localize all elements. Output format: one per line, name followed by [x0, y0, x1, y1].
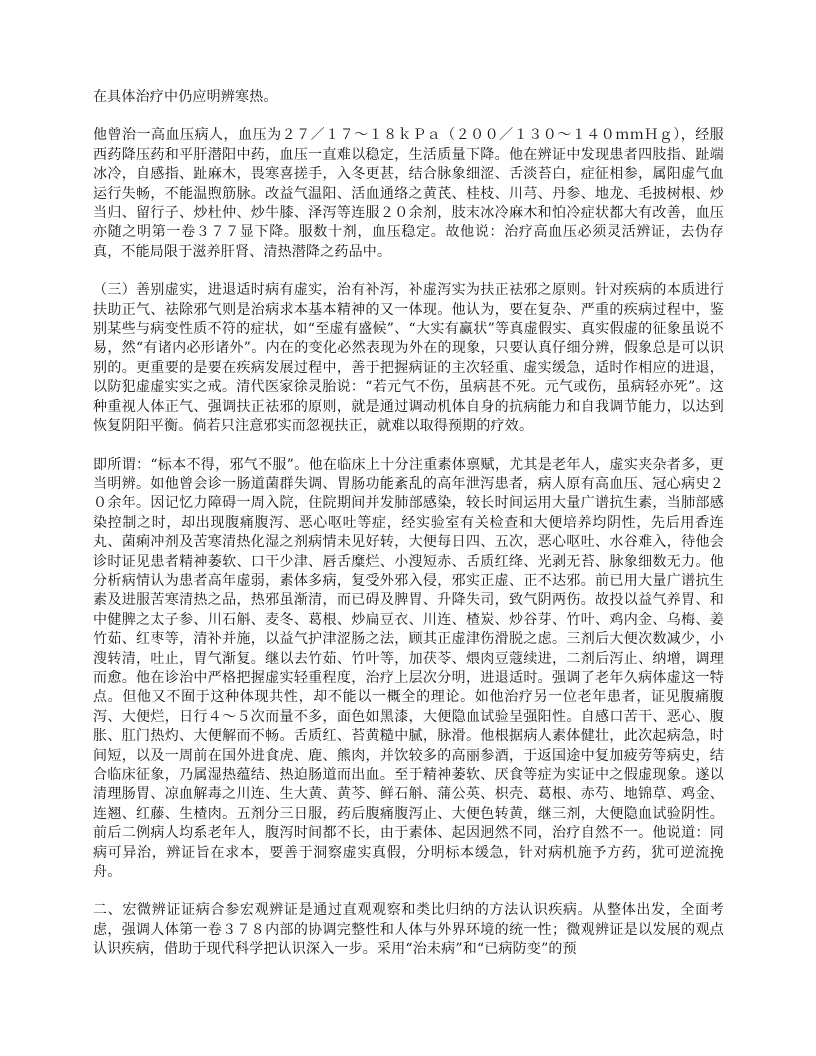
paragraph-section-three-deficiency-excess: （三）善别虚实，进退适时病有虚实，治有补泻，补虚泻实为扶正祛邪之原则。针对疾病的… [93, 281, 724, 436]
paragraph-cold-heat-conclusion: 在具体治疗中仍应明辨寒热。 [93, 88, 724, 107]
paragraph-section-two-macro-micro-differentiation: 二、宏微辨证证病合参宏观辨证是通过直观观察和类比归纳的方法认识疾病。从整体出发，… [93, 901, 724, 959]
paragraph-hypertension-case: 他曾治一高血压病人，血压为２７／１７～１８ｋＰａ（２００／１３０～１４０ｍｍＨｇ… [93, 126, 724, 262]
paragraph-elderly-diarrhea-cases: 即所谓：“标本不得，邪气不服”。他在临床上十分注重素体禀赋，尤其是老年人，虚实夹… [93, 456, 724, 883]
document-page: 在具体治疗中仍应明辨寒热。 他曾治一高血压病人，血压为２７／１７～１８ｋＰａ（２… [0, 0, 816, 1056]
